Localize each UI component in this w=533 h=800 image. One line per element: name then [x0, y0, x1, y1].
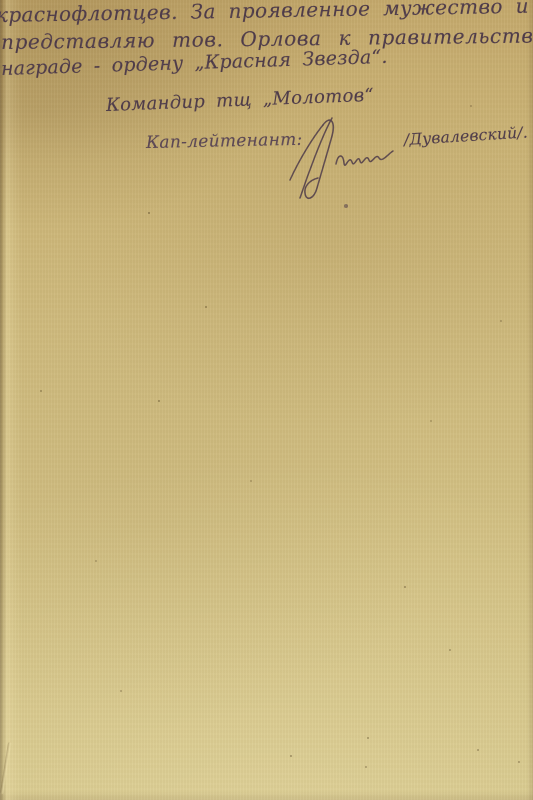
signature-scrawl — [276, 112, 406, 204]
paper-specks — [0, 0, 2, 2]
signature-surname: /Дувалевский/. — [403, 123, 528, 149]
document-page: краснофлотцев. За проявленное мужество и… — [0, 0, 533, 800]
handwritten-line-1: краснофлотцев. За проявленное мужество и… — [0, 0, 533, 27]
paper-crease — [0, 742, 12, 794]
